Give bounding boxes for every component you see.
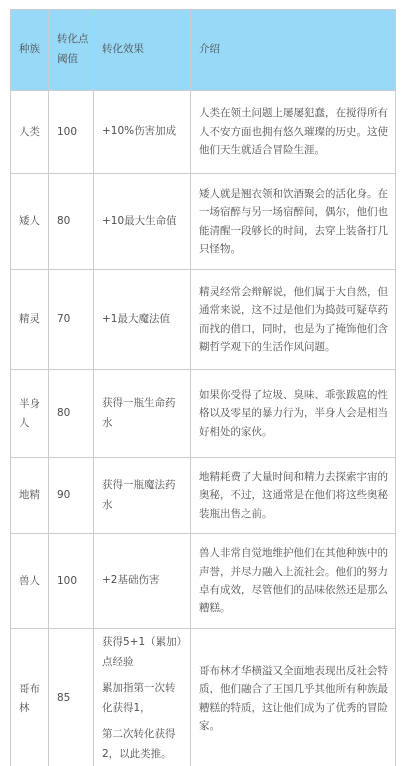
race-cell: 人类	[11, 91, 49, 174]
effect-line: 获得一瓶魔法药水	[102, 476, 184, 516]
header-cell-race: 种族	[11, 10, 49, 91]
threshold-cell: 90	[49, 458, 94, 534]
race-conversion-table: 种族 转化点阈值 转化效果 介绍 人类 100 +10%伤害加成 人类在领土问题…	[10, 9, 396, 766]
effect-line: +10%伤害加成	[102, 122, 184, 142]
effect-cell: +2基础伤害	[94, 534, 191, 629]
threshold-cell: 80	[49, 370, 94, 458]
effect-line: +10最大生命值	[102, 212, 184, 232]
intro-cell: 如果你受得了垃圾、臭味、乖张跋扈的性格以及零星的暴力行为，半身人会是相当好相处的…	[191, 370, 396, 458]
threshold-cell: 100	[49, 91, 94, 174]
effect-line: +2基础伤害	[102, 571, 184, 591]
table-row: 人类 100 +10%伤害加成 人类在领土问题上屡屡犯蠢，在搅得所有人不安方面也…	[11, 91, 396, 174]
threshold-cell: 70	[49, 270, 94, 370]
effect-line: +1最大魔法值	[102, 310, 184, 330]
effect-line: 累加指第一次转化获得1，	[102, 679, 184, 719]
effect-line: 第二次转化获得2，以此类推。	[102, 725, 184, 765]
effect-cell: 获得一瓶生命药水	[94, 370, 191, 458]
threshold-cell: 100	[49, 534, 94, 629]
table-row: 半身人 80 获得一瓶生命药水 如果你受得了垃圾、臭味、乖张跋扈的性格以及零星的…	[11, 370, 396, 458]
table-row: 兽人 100 +2基础伤害 兽人非常自觉地维护他们在其他种族中的声誉，并尽力融入…	[11, 534, 396, 629]
intro-cell: 地精耗费了大量时间和精力去探索宇宙的奥秘，不过，这通常是在他们将这些奥秘装瓶出售…	[191, 458, 396, 534]
header-row: 种族 转化点阈值 转化效果 介绍	[11, 10, 396, 91]
race-cell: 矮人	[11, 174, 49, 270]
threshold-cell: 85	[49, 629, 94, 766]
effect-cell: 获得5+1（累加）点经验累加指第一次转化获得1，第二次转化获得2，以此类推。	[94, 629, 191, 766]
race-cell: 兽人	[11, 534, 49, 629]
intro-cell: 哥布林才华横溢又全面地表现出反社会特质，他们融合了王国几乎其他所有种族最糟糕的特…	[191, 629, 396, 766]
effect-cell: +10%伤害加成	[94, 91, 191, 174]
race-cell: 半身人	[11, 370, 49, 458]
threshold-cell: 80	[49, 174, 94, 270]
table-row: 精灵 70 +1最大魔法值 精灵经常会辩解说，他们属于大自然，但通常来说，这不过…	[11, 270, 396, 370]
effect-line: 获得5+1（累加）点经验	[102, 633, 184, 673]
header-cell-threshold: 转化点阈值	[49, 10, 94, 91]
effect-line: 获得一瓶生命药水	[102, 394, 184, 434]
header-cell-intro: 介绍	[191, 10, 396, 91]
table-row: 矮人 80 +10最大生命值 矮人就是翘衣领和饮酒聚会的活化身。在一场宿醉与另一…	[11, 174, 396, 270]
race-cell: 精灵	[11, 270, 49, 370]
race-cell: 地精	[11, 458, 49, 534]
table-row: 地精 90 获得一瓶魔法药水 地精耗费了大量时间和精力去探索宇宙的奥秘，不过，这…	[11, 458, 396, 534]
effect-cell: +1最大魔法值	[94, 270, 191, 370]
effect-cell: 获得一瓶魔法药水	[94, 458, 191, 534]
intro-cell: 兽人非常自觉地维护他们在其他种族中的声誉，并尽力融入上流社会。他们的努力卓有成效…	[191, 534, 396, 629]
race-cell: 哥布林	[11, 629, 49, 766]
table-row: 哥布林 85 获得5+1（累加）点经验累加指第一次转化获得1，第二次转化获得2，…	[11, 629, 396, 766]
effect-cell: +10最大生命值	[94, 174, 191, 270]
intro-cell: 精灵经常会辩解说，他们属于大自然，但通常来说，这不过是他们为捣鼓可疑草药而找的借…	[191, 270, 396, 370]
header-cell-effect: 转化效果	[94, 10, 191, 91]
intro-cell: 矮人就是翘衣领和饮酒聚会的活化身。在一场宿醉与另一场宿醉间，偶尔，他们也能清醒一…	[191, 174, 396, 270]
intro-cell: 人类在领土问题上屡屡犯蠢，在搅得所有人不安方面也拥有悠久璀璨的历史。这使他们天生…	[191, 91, 396, 174]
